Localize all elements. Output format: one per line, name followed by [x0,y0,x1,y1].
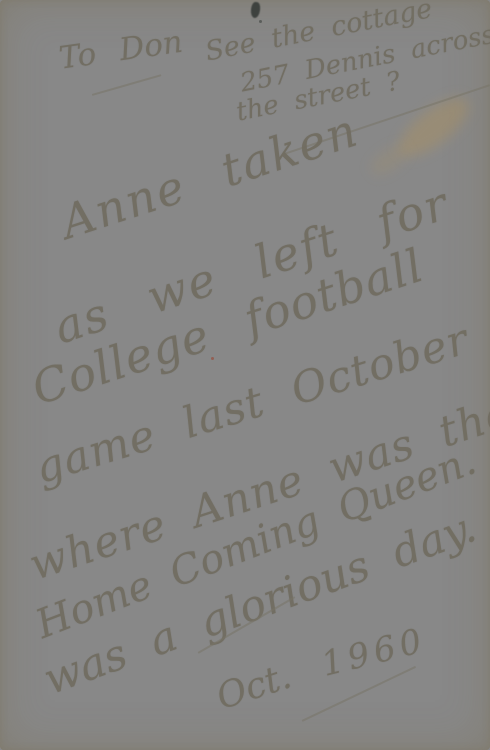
dedication-text: To Don [57,25,185,76]
ink-spot [250,2,261,19]
stain-small [366,140,412,180]
date-month: Oct. [212,657,296,718]
ink-fleck [259,20,262,23]
date-year: 1960 [318,622,430,684]
photo-back-scan: To Don See the cottage 257 Dennis across… [0,0,490,750]
dedication-underline [92,74,162,96]
